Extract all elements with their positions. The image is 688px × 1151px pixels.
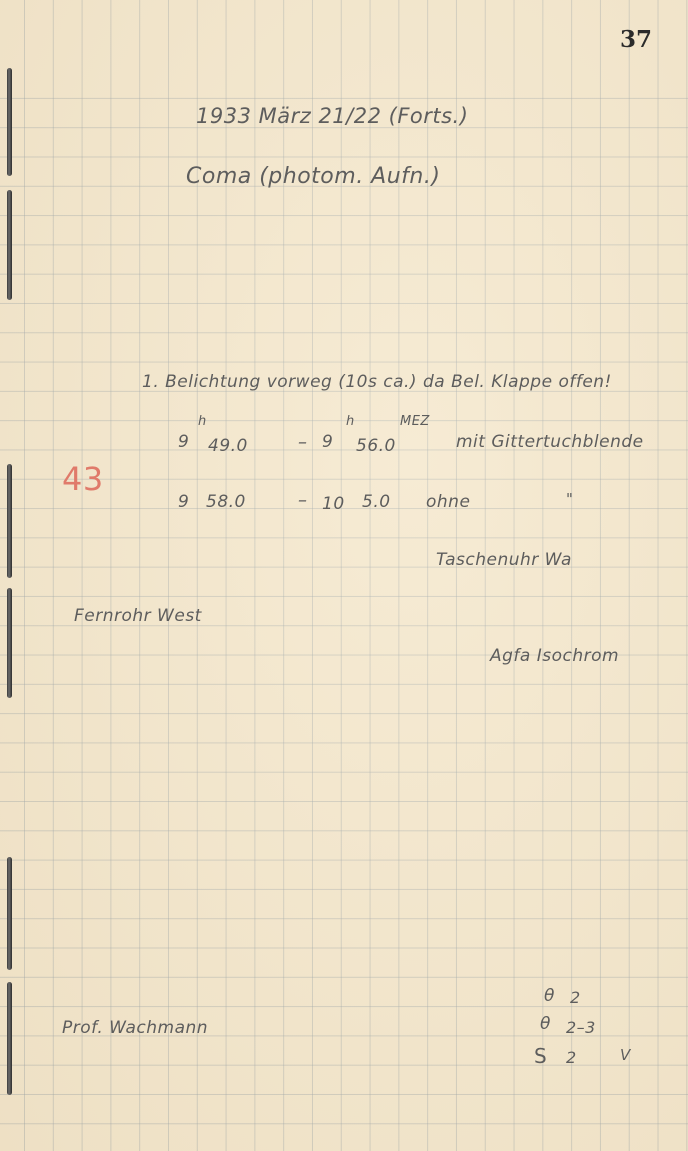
rating-2-value: 2–3: [566, 1018, 596, 1037]
notebook-page: 37 1933 März 21/22 (Forts.) Coma (photom…: [0, 0, 688, 1151]
rating-3-mark: V: [620, 1046, 631, 1064]
clock-remark: Taschenuhr Wa: [436, 550, 572, 570]
subject-line: Coma (photom. Aufn.): [186, 164, 440, 189]
rating-3-value: 2: [566, 1048, 577, 1067]
row2-comment: ohne: [426, 492, 470, 512]
row1-end-sup: h: [346, 414, 355, 429]
rating-1-symbol: θ: [544, 986, 555, 1006]
exposure-note: 1. Belichtung vorweg (10s ca.) da Bel. K…: [142, 372, 612, 392]
row2-dash: –: [298, 490, 308, 511]
row2-end-min: 5.0: [362, 492, 391, 512]
rating-2-symbol: θ: [540, 1014, 551, 1034]
row2-end-hour: 10: [322, 494, 345, 514]
binding-stitch: [7, 857, 12, 970]
observer-name: Prof. Wachmann: [62, 1018, 208, 1038]
binding-stitch: [7, 68, 12, 176]
row1-end-hour: 9: [322, 432, 333, 452]
page-number: 37: [620, 26, 652, 53]
plate-type: Agfa Isochrom: [490, 646, 619, 666]
binding-stitch: [7, 190, 12, 300]
red-plate-number: 43: [62, 460, 104, 498]
date-line: 1933 März 21/22 (Forts.): [196, 104, 468, 128]
binding-stitch: [7, 588, 12, 698]
rating-3-symbol: S: [534, 1044, 547, 1068]
telescope-label: Fernrohr West: [74, 606, 202, 626]
top-margin: [0, 0, 688, 96]
row1-end-min: 56.0: [356, 436, 396, 456]
binding-stitch: [7, 982, 12, 1095]
row1-timezone: MEZ: [400, 414, 430, 429]
binding-stitch: [7, 464, 12, 578]
row1-dash: –: [298, 432, 308, 453]
rating-1-value: 2: [570, 988, 581, 1007]
row1-start-min: 49.0: [208, 436, 248, 456]
row1-start-hour: 9: [178, 432, 189, 452]
row2-ditto: ": [566, 490, 573, 508]
row1-start-sup: h: [198, 414, 207, 429]
row1-comment: mit Gittertuchblende: [456, 432, 644, 452]
row2-start-hour: 9: [178, 492, 189, 512]
row2-start-min: 58.0: [206, 492, 246, 512]
